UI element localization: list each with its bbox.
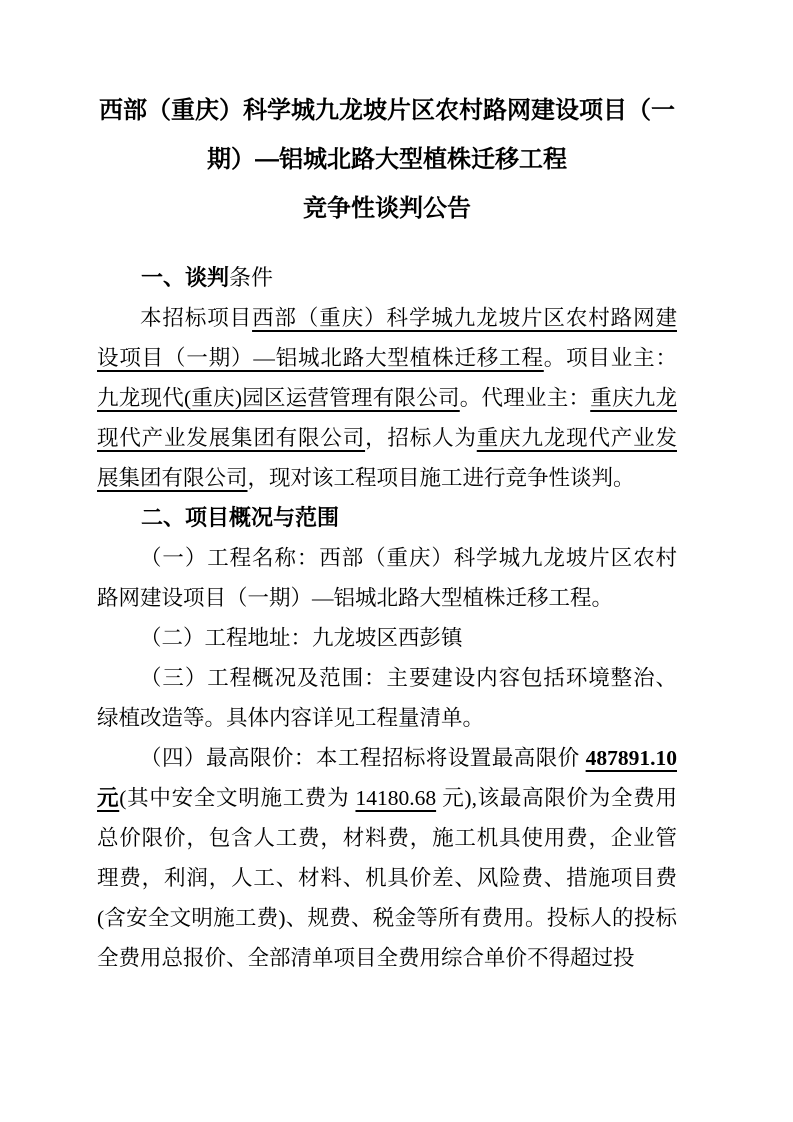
document-page: 西部（重庆）科学城九龙坡片区农村路网建设项目（一期）—铝城北路大型植株迁移工程 … bbox=[0, 0, 793, 1122]
run-safety-fee-label: (其中安全文明施工费为 bbox=[119, 786, 355, 810]
para-max-price: （四）最高限价：本工程招标将设置最高限价 487891.10元(其中安全文明施工… bbox=[97, 738, 677, 978]
doc-title: 西部（重庆）科学城九龙坡片区农村路网建设项目（一期）—铝城北路大型植株迁移工程 bbox=[97, 86, 677, 184]
section-project-overview-heading: 二、项目概况与范围 bbox=[97, 498, 677, 538]
para-project-address: （二）工程地址：九龙坡区西彭镇 bbox=[97, 618, 677, 658]
para-negotiation-conditions: 本招标项目西部（重庆）科学城九龙坡片区农村路网建设项目（一期）—铝城北路大型植株… bbox=[97, 298, 677, 498]
run-max-price-intro: （四）最高限价：本工程招标将设置最高限价 bbox=[140, 746, 586, 770]
heading-number-bold: 一、谈判 bbox=[141, 265, 229, 290]
doc-subtitle: 竞争性谈判公告 bbox=[97, 184, 677, 233]
para-project-scope: （三）工程概况及范围：主要建设内容包括环境整治、绿植改造等。具体内容详见工程量清… bbox=[97, 658, 677, 738]
run-max-price-value: 487891.10 bbox=[586, 746, 677, 770]
run-project-owner-label: 。项目业主： bbox=[544, 346, 677, 370]
run-max-price-unit: 元 bbox=[97, 786, 119, 810]
run-tenderer-label: ，招标人为 bbox=[365, 426, 477, 450]
heading-suffix: 条件 bbox=[229, 265, 273, 290]
section-negotiation-conditions-heading: 一、谈判条件 bbox=[97, 258, 677, 298]
run-closing-text: ，现对该工程项目施工进行竞争性谈判。 bbox=[248, 466, 635, 490]
run-project-owner-name: 九龙现代(重庆)园区运营管理有限公司 bbox=[97, 386, 460, 410]
run-tender-intro: 本招标项目 bbox=[140, 306, 252, 330]
run-agent-owner-label: 。代理业主： bbox=[460, 386, 590, 410]
run-safety-fee-value: 14180.68 bbox=[355, 786, 436, 810]
para-project-name: （一）工程名称：西部（重庆）科学城九龙坡片区农村路网建设项目（一期）—铝城北路大… bbox=[97, 538, 677, 618]
run-max-price-desc: 元),该最高限价为全费用总价限价，包含人工费，材料费，施工机具使用费，企业管理费… bbox=[97, 786, 677, 970]
